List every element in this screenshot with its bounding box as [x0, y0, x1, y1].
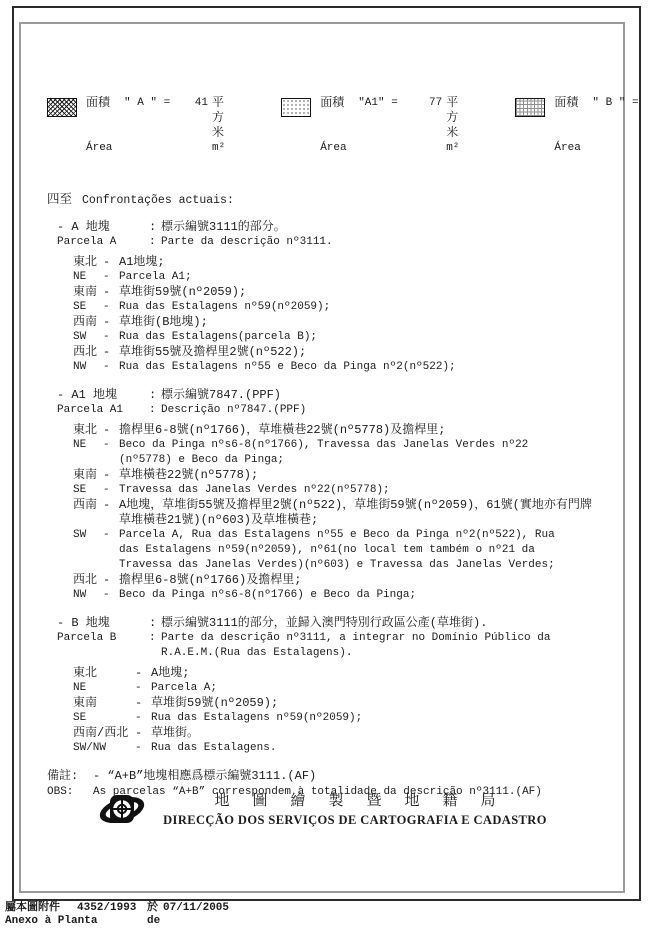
direction-label: 東北 [73, 666, 135, 681]
date-preposition-zh: 於 [147, 902, 158, 915]
area-value: 77 [420, 96, 442, 141]
direction-text: 草堆街55號及擔桿里2號(nº522); [119, 345, 306, 360]
direction-text: Beco da Pinga nºs6-8(nº1766), Travessa d… [119, 438, 528, 468]
cadastral-document-page: 面積 " A " = 41 平方米 Área m² [0, 0, 654, 931]
dotted-pattern-swatch [281, 98, 311, 117]
direction-label: NE [73, 681, 135, 696]
plan-annex-annotation: 屬本圖附件 4352/1993 於 07/11/2005 Anexo à Pla… [5, 902, 285, 930]
direction-row: 西南/西北-草堆街。 [73, 726, 609, 741]
area-label-pt: Área [320, 141, 358, 156]
legend-text: 面積 "A1" = 77 平方米 Área m² [320, 96, 459, 156]
area-legend: 面積 " A " = 41 平方米 Área m² [47, 96, 609, 156]
colon: : [149, 388, 161, 403]
direction-text: 草堆橫巷22號(nº5778); [119, 468, 258, 483]
direction-row: SE-Rua das Estalagens nº59(nº2059); [73, 300, 609, 315]
direction-text: 草堆街(B地塊); [119, 315, 208, 330]
colon: : [149, 403, 161, 418]
direction-text: Rua das Estalagens nº59(nº2059); [119, 300, 330, 315]
inner-border: 面積 " A " = 41 平方米 Área m² [19, 22, 625, 893]
parcel-label-zh: - A 地塊 [57, 220, 149, 235]
plan-date: 07/11/2005 [163, 902, 229, 915]
area-value: 41 [186, 96, 208, 141]
section-title-confrontations: 四至Confrontações actuais: [47, 193, 609, 208]
date-preposition-pt: de [147, 915, 160, 928]
dash: - [135, 726, 151, 741]
parcel-a1-block: - A1 地塊 : 標示編號7847.(PPF) Parcela A1 : De… [47, 388, 609, 603]
area-unit-zh: 平方米 [212, 96, 225, 141]
dash: - [103, 300, 119, 315]
direction-row: SW/NW-Rua das Estalagens. [73, 741, 609, 756]
legend-item-parcel-a1: 面積 "A1" = 77 平方米 Área m² [281, 96, 459, 156]
direction-row: SW-Parcela A, Rua das Estalagens nº55 e … [73, 528, 609, 573]
dash: - [103, 588, 119, 603]
colon: : [149, 235, 161, 250]
direction-text: Rua das Estalagens nº59(nº2059); [151, 711, 362, 726]
dash: - [103, 285, 119, 300]
parcel-header-zh: - A1 地塊 : 標示編號7847.(PPF) [57, 388, 609, 403]
direction-row: 東南-草堆街59號(nº2059); [73, 696, 609, 711]
direction-row: 西南-A地塊，草堆街55號及擔桿里2號(nº522)，草堆街59號(nº2059… [73, 498, 609, 528]
dash: - [103, 483, 119, 498]
remark-label-zh: 備註: [47, 769, 93, 785]
colon: : [149, 616, 161, 631]
direction-text: Rua das Estalagens(parcela B); [119, 330, 317, 345]
direction-text: 擔桿里6-8號(nº1766)，草堆橫巷22號(nº5778)及擔桿里; [119, 423, 445, 438]
direction-row: 西北-草堆街55號及擔桿里2號(nº522); [73, 345, 609, 360]
direction-label: NE [73, 270, 103, 285]
parcel-b-directions: 東北-A地塊; NE-Parcela A; 東南-草堆街59號(nº2059);… [57, 666, 609, 756]
parcel-label-zh: - B 地塊 [57, 616, 149, 631]
parcel-desc-pt: Parte da descrição nº3111, a integrar no… [161, 631, 550, 661]
direction-text: A地塊，草堆街55號及擔桿里2號(nº522)，草堆街59號(nº2059)，6… [119, 498, 592, 528]
direction-text: Parcela A; [151, 681, 217, 696]
dash: - [103, 330, 119, 345]
direction-label: SW [73, 330, 103, 345]
agency-name-pt: DIRECÇÃO DOS SERVIÇOS DE CARTOGRAFIA E C… [163, 812, 547, 829]
dash: - [103, 315, 119, 330]
crosshatch-pattern-swatch [47, 98, 77, 117]
dash: - [135, 681, 151, 696]
direction-text: Beco da Pinga nºs6-8(nº1766) e Beco da P… [119, 588, 416, 603]
area-label-zh: 面積 [554, 96, 592, 141]
agency-titles: 地圖繪製暨地籍局 DIRECÇÃO DOS SERVIÇOS DE CARTOG… [163, 792, 547, 829]
direction-text: 草堆街59號(nº2059); [119, 285, 246, 300]
direction-label: SW [73, 528, 103, 573]
page-content: 面積 " A " = 41 平方米 Área m² [21, 24, 623, 891]
dash: - [103, 528, 119, 573]
parcel-desc-zh: 標示編號3111的部分，並歸入澳門特別行政區公產(草堆街). [161, 616, 487, 631]
direction-label: SE [73, 711, 135, 726]
dash: - [103, 255, 119, 270]
dash: - [103, 423, 119, 438]
agency-name-zh: 地圖繪製暨地籍局 [214, 792, 518, 812]
plan-number: 4352/1993 [77, 902, 136, 915]
area-unit-pt: m² [446, 141, 459, 156]
direction-row: 東南-草堆橫巷22號(nº5778); [73, 468, 609, 483]
direction-row: 東北-A1地塊; [73, 255, 609, 270]
remark-zh: 備註: - “A+B”地塊相應爲標示編號3111.(AF) [47, 769, 609, 785]
direction-text: 草堆街59號(nº2059); [151, 696, 278, 711]
dash: - [103, 573, 119, 588]
direction-label: SE [73, 300, 103, 315]
parcel-a-block: - A 地塊 : 標示編號3111的部分。 Parcela A : Parte … [47, 220, 609, 375]
parcel-desc-pt: Descrição nº7847.(PPF) [161, 403, 306, 418]
agency-footer: 地圖繪製暨地籍局 DIRECÇÃO DOS SERVIÇOS DE CARTOG… [21, 790, 623, 830]
direction-label: 東南 [73, 468, 103, 483]
parcel-label-pt: Parcela B [57, 631, 149, 661]
legend-item-parcel-a: 面積 " A " = 41 平方米 Área m² [47, 96, 225, 156]
parcel-header-pt: Parcela B : Parte da descrição nº3111, a… [57, 631, 609, 661]
direction-label: 東南 [73, 696, 135, 711]
direction-text: 草堆街。 [151, 726, 199, 741]
dash: - [103, 468, 119, 483]
dash: - [135, 741, 151, 756]
direction-row: NE-Parcela A1; [73, 270, 609, 285]
direction-label: NE [73, 438, 103, 468]
area-unit-pt: m² [212, 141, 225, 156]
legend-text: 面積 " A " = 41 平方米 Área m² [86, 96, 225, 156]
parcel-code: " B " = [592, 96, 654, 141]
direction-row: SE-Rua das Estalagens nº59(nº2059); [73, 711, 609, 726]
parcel-label-pt: Parcela A1 [57, 403, 149, 418]
section-title-zh: 四至 [47, 193, 72, 207]
direction-label: 東北 [73, 423, 103, 438]
direction-label: 西北 [73, 573, 103, 588]
parcel-desc-pt: Parte da descrição nº3111. [161, 235, 333, 250]
dash: - [135, 666, 151, 681]
dash: - [103, 438, 119, 468]
parcel-desc-zh: 標示編號3111的部分。 [161, 220, 286, 235]
direction-label: 東北 [73, 255, 103, 270]
parcel-a1-directions: 東北-擔桿里6-8號(nº1766)，草堆橫巷22號(nº5778)及擔桿里; … [57, 423, 609, 603]
dash: - [135, 696, 151, 711]
direction-row: 東北-A地塊; [73, 666, 609, 681]
direction-label: 東南 [73, 285, 103, 300]
direction-text: 擔桿里6-8號(nº1766)及擔桿里; [119, 573, 301, 588]
direction-row: NW-Beco da Pinga nºs6-8(nº1766) e Beco d… [73, 588, 609, 603]
area-label-pt: Área [554, 141, 592, 156]
parcel-header-pt: Parcela A1 : Descrição nº7847.(PPF) [57, 403, 609, 418]
direction-row: 東北-擔桿里6-8號(nº1766)，草堆橫巷22號(nº5778)及擔桿里; [73, 423, 609, 438]
direction-text: Travessa das Janelas Verdes nº22(nº5778)… [119, 483, 390, 498]
direction-label: 西南/西北 [73, 726, 135, 741]
annex-label-pt: Anexo à Planta [5, 915, 97, 928]
direction-label: NW [73, 588, 103, 603]
colon: : [149, 631, 161, 661]
direction-row: NE-Beco da Pinga nºs6-8(nº1766), Travess… [73, 438, 609, 468]
parcel-header-pt: Parcela A : Parte da descrição nº3111. [57, 235, 609, 250]
parcel-header-zh: - B 地塊 : 標示編號3111的部分，並歸入澳門特別行政區公產(草堆街). [57, 616, 609, 631]
direction-label: 西南 [73, 315, 103, 330]
section-title-pt: Confrontações actuais: [82, 194, 234, 207]
direction-text: Rua das Estalagens. [151, 741, 276, 756]
direction-row: NE-Parcela A; [73, 681, 609, 696]
legend-text: 面積 " B " = 4 平方米 Área m² [554, 96, 654, 156]
parcel-desc-zh: 標示編號7847.(PPF) [161, 388, 281, 403]
dash: - [135, 711, 151, 726]
area-label-pt: Área [86, 141, 124, 156]
area-label-zh: 面積 [86, 96, 124, 141]
dash: - [103, 270, 119, 285]
parcel-a-directions: 東北-A1地塊; NE-Parcela A1; 東南-草堆街59號(nº2059… [57, 255, 609, 375]
dash: - [103, 360, 119, 375]
area-label-zh: 面積 [320, 96, 358, 141]
direction-label: SW/NW [73, 741, 135, 756]
parcel-code: "A1" = [358, 96, 420, 141]
area-unit-zh: 平方米 [446, 96, 459, 141]
remark-text-zh: - “A+B”地塊相應爲標示編號3111.(AF) [93, 769, 316, 785]
parcel-label-pt: Parcela A [57, 235, 149, 250]
direction-text: A地塊; [151, 666, 189, 681]
grid-pattern-swatch [515, 98, 545, 117]
colon: : [149, 220, 161, 235]
direction-row: SW-Rua das Estalagens(parcela B); [73, 330, 609, 345]
annex-label-zh: 屬本圖附件 [5, 902, 60, 915]
direction-row: 東南-草堆街59號(nº2059); [73, 285, 609, 300]
direction-label: 西北 [73, 345, 103, 360]
dash: - [103, 345, 119, 360]
direction-row: 西南-草堆街(B地塊); [73, 315, 609, 330]
direction-row: SE-Travessa das Janelas Verdes nº22(nº57… [73, 483, 609, 498]
direction-row: 西北-擔桿里6-8號(nº1766)及擔桿里; [73, 573, 609, 588]
parcel-header-zh: - A 地塊 : 標示編號3111的部分。 [57, 220, 609, 235]
direction-text: Parcela A1; [119, 270, 192, 285]
legend-item-parcel-b: 面積 " B " = 4 平方米 Área m² [515, 96, 654, 156]
parcel-label-zh: - A1 地塊 [57, 388, 149, 403]
direction-label: 西南 [73, 498, 103, 528]
direction-label: SE [73, 483, 103, 498]
direction-text: Parcela A, Rua das Estalagens nº55 e Bec… [119, 528, 555, 573]
parcel-b-block: - B 地塊 : 標示編號3111的部分，並歸入澳門特別行政區公產(草堆街). … [47, 616, 609, 756]
direction-text: A1地塊; [119, 255, 165, 270]
direction-text: Rua das Estalagens nº55 e Beco da Pinga … [119, 360, 456, 375]
direction-row: NW-Rua das Estalagens nº55 e Beco da Pin… [73, 360, 609, 375]
dscc-globe-logo [97, 790, 147, 830]
parcel-code: " A " = [124, 96, 186, 141]
direction-label: NW [73, 360, 103, 375]
dash: - [103, 498, 119, 528]
